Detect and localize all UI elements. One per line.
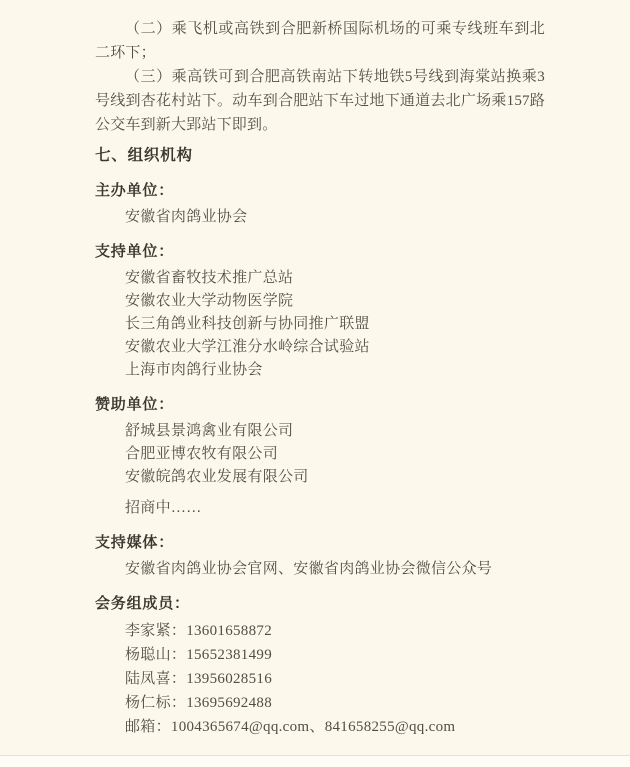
document-content: （二）乘飞机或高铁到合肥新桥国际机场的可乘专线班车到北二环下； （三）乘高铁可到… [0, 0, 630, 739]
section-label-supporting-media: 支持媒体： [95, 531, 545, 555]
list-item: 长三角鸽业科技创新与协同推广联盟 [125, 313, 545, 336]
list-item: 安徽省肉鸽业协会 [125, 206, 545, 229]
list-item-email: 邮箱：1004365674@qq.com、841658255@qq.com [125, 715, 545, 739]
list-item: 安徽农业大学江淮分水岭综合试验站 [125, 336, 545, 359]
organizer-list: 安徽省肉鸽业协会 [95, 206, 545, 229]
list-item: 安徽皖鸽农业发展有限公司 [125, 466, 545, 489]
list-item: 上海市肉鸽行业协会 [125, 359, 545, 382]
page-bottom-margin [0, 756, 630, 766]
list-item: 安徽省肉鸽业协会官网、安徽省肉鸽业协会微信公众号 [125, 558, 545, 581]
list-item-contact: 杨仁标：13695692488 [125, 691, 545, 715]
supporting-media-list: 安徽省肉鸽业协会官网、安徽省肉鸽业协会微信公众号 [95, 558, 545, 581]
section-committee-members: 会务组成员： 李家紧：13601658872 杨聪山：15652381499 陆… [95, 592, 545, 739]
section-supporting-units: 支持单位： 安徽省畜牧技术推广总站 安徽农业大学动物医学院 长三角鸽业科技创新与… [95, 240, 545, 382]
section-label-organizer: 主办单位： [95, 179, 545, 203]
list-item: 合肥亚博农牧有限公司 [125, 443, 545, 466]
list-item-contact: 李家紧：13601658872 [125, 619, 545, 643]
list-item: 舒城县景鸿禽业有限公司 [125, 420, 545, 443]
committee-members-list: 李家紧：13601658872 杨聪山：15652381499 陆凤喜：1395… [95, 619, 545, 739]
paragraph-transport-airport: （二）乘飞机或高铁到合肥新桥国际机场的可乘专线班车到北二环下； [95, 17, 545, 65]
document-page: （二）乘飞机或高铁到合肥新桥国际机场的可乘专线班车到北二环下； （三）乘高铁可到… [0, 0, 630, 756]
section-label-sponsors: 赞助单位： [95, 393, 545, 417]
list-item-recruiting: 招商中…… [125, 497, 545, 520]
list-item-contact: 杨聪山：15652381499 [125, 643, 545, 667]
section-label-supporting-units: 支持单位： [95, 240, 545, 264]
list-item-contact: 陆凤喜：13956028516 [125, 667, 545, 691]
section-organizer: 主办单位： 安徽省肉鸽业协会 [95, 179, 545, 229]
sponsors-list: 舒城县景鸿禽业有限公司 合肥亚博农牧有限公司 安徽皖鸽农业发展有限公司 招商中…… [95, 420, 545, 520]
section-sponsors: 赞助单位： 舒城县景鸿禽业有限公司 合肥亚博农牧有限公司 安徽皖鸽农业发展有限公… [95, 393, 545, 520]
list-item: 安徽省畜牧技术推广总站 [125, 267, 545, 290]
paragraph-transport-rail: （三）乘高铁可到合肥高铁南站下转地铁5号线到海棠站换乘3号线到杏花村站下。动车到… [95, 65, 545, 137]
section-supporting-media: 支持媒体： 安徽省肉鸽业协会官网、安徽省肉鸽业协会微信公众号 [95, 531, 545, 581]
section-label-committee-members: 会务组成员： [95, 592, 545, 616]
supporting-units-list: 安徽省畜牧技术推广总站 安徽农业大学动物医学院 长三角鸽业科技创新与协同推广联盟… [95, 267, 545, 382]
list-item: 安徽农业大学动物医学院 [125, 290, 545, 313]
section-heading-organization: 七、组织机构 [95, 144, 545, 168]
